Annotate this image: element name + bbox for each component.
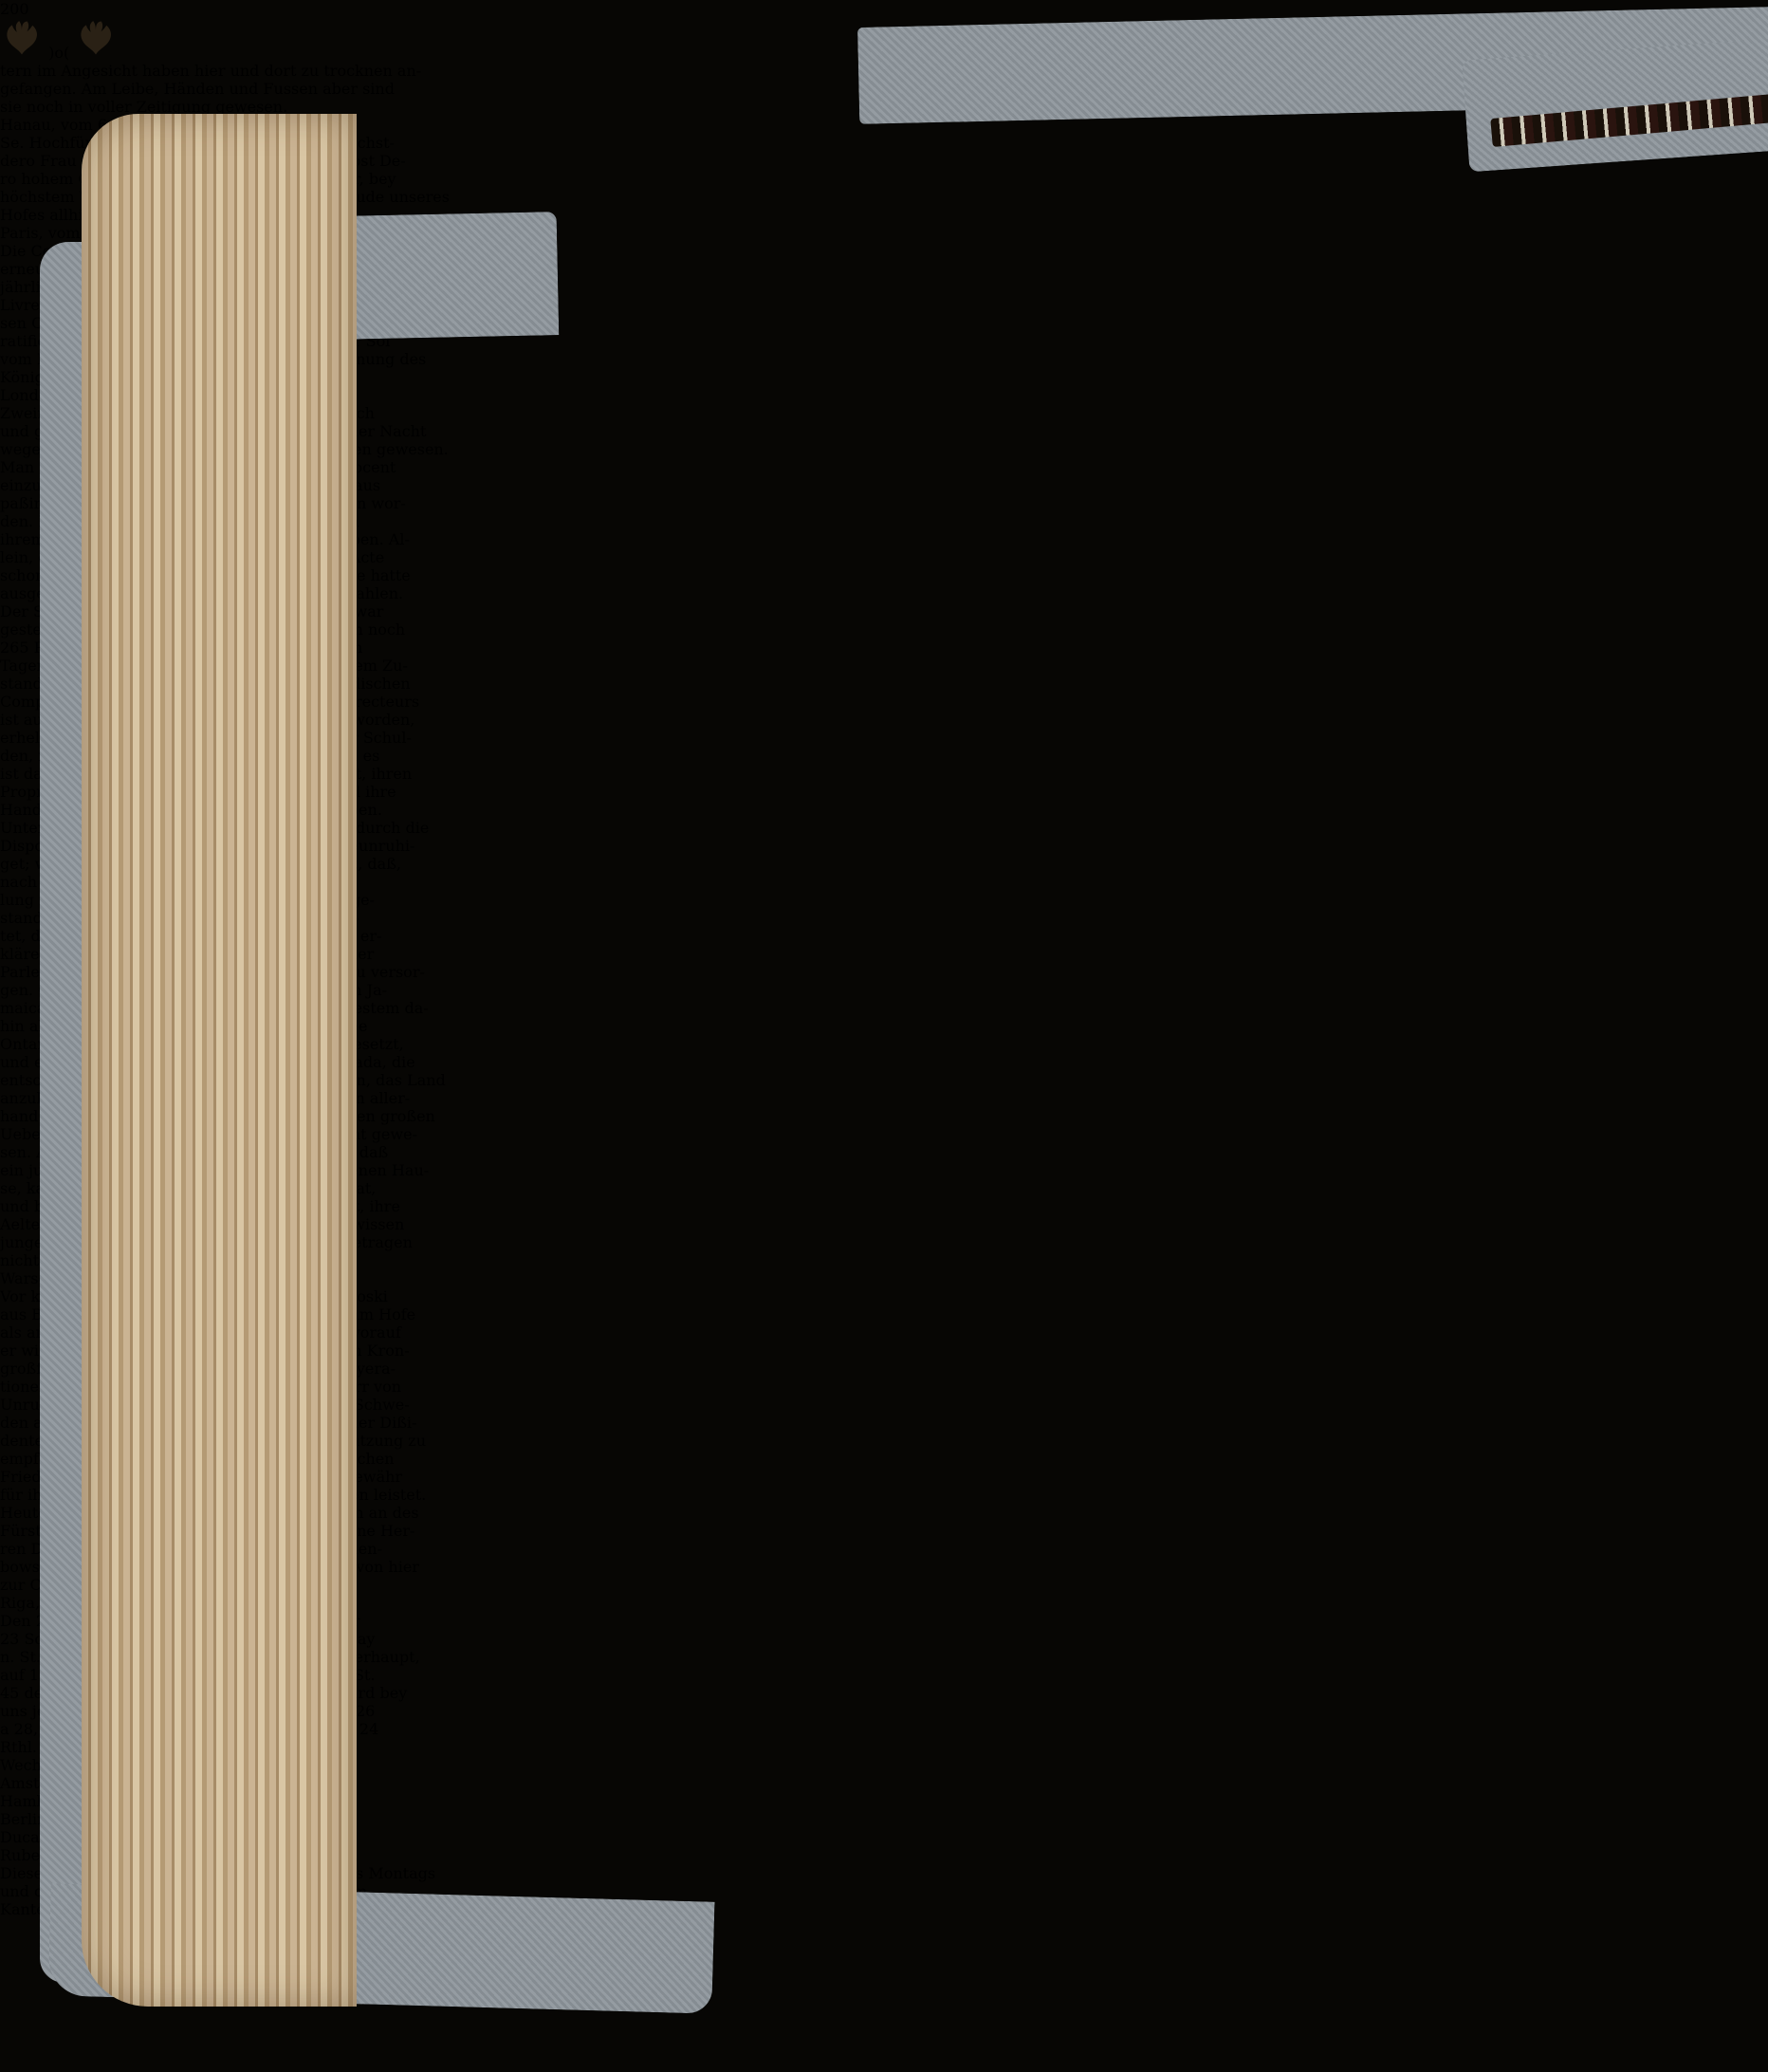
section-divider-mark: )o( xyxy=(48,44,69,62)
shell-ornament-icon xyxy=(74,44,118,62)
shell-ornament-icon xyxy=(0,44,48,62)
page-edge-stack-left xyxy=(82,114,357,2007)
photographed-book-scene: 200 )o( tern im Angesicht haben hier und… xyxy=(0,0,1768,2072)
